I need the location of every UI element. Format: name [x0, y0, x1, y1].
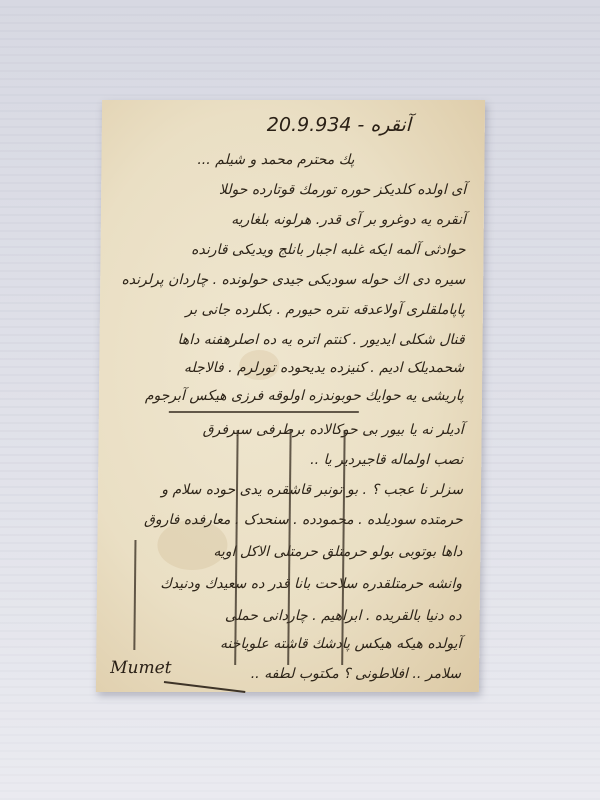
- letter-line: داها بوتوبی بولو حرمتلق حرمتلی الاکل اوی…: [213, 544, 462, 560]
- letter-line: قنال شکلی ایدیور . کنتم اتره یه ده اصلره…: [178, 332, 465, 348]
- letter-line: ده دنیا بالقریده . ابراهیم . چاردانی حمل…: [225, 608, 462, 624]
- letter-line: نصب اولماله قاجیردیر یا ..: [310, 452, 463, 468]
- letter-line: وانشه حرمتلقدره سلاحت بانا قدر ده سعیدك …: [160, 576, 462, 592]
- header-place: آنقره: [370, 114, 411, 136]
- letter-line: سلامر .. افلاطونی ؟ مکتوب لطفه ..: [251, 666, 461, 682]
- header-date: آنقره - 20.9.934: [267, 114, 411, 136]
- letter-line: شحمدیلک ادیم . کنیزده یدیحوده تورلرم . ف…: [184, 360, 465, 376]
- signature-underline: [164, 681, 245, 692]
- header-date-value: 20.9.934: [267, 114, 352, 136]
- letter-line: سزلر نا عجب ؟ . بو تونبر قاشقره یدی حوده…: [161, 482, 463, 498]
- ruled-column-line: [133, 540, 136, 650]
- salutation: پك محترم محمد و شيلم ...: [197, 152, 354, 168]
- signature: Mumet: [110, 658, 172, 678]
- handwritten-postcard: آنقره - 20.9.934 پك محترم محمد و شيلم ..…: [96, 100, 485, 692]
- letter-line: سیره دی اك حوله سودیکی جیدی حولونده . چا…: [121, 272, 465, 288]
- letter-line: آدیلر نه یا بیور بی حوکالاده برطرفی سبرف…: [203, 422, 464, 438]
- letter-line: پاریشی یه حوایك حوبوندزه اولوقه فرزی هیک…: [145, 388, 464, 404]
- letter-line: آی اولده کلدیکز حوره تورمك قوتارده حوللا: [219, 182, 466, 198]
- letter-line: حرمتده سودیلده . محمودده . سنحدک . معارف…: [144, 512, 463, 528]
- letter-line: پاپاملقلری آولاعدقه نتره حیورم . بکلرده …: [185, 302, 465, 318]
- letter-line: آنقره یه دوغرو بر آی قدر. هرلونه بلغاریه: [231, 212, 466, 228]
- divider-line: [169, 411, 359, 413]
- letter-line: حوادثی آلمه ایکه غلبه اجبار بانلج ویدیکی…: [191, 242, 465, 258]
